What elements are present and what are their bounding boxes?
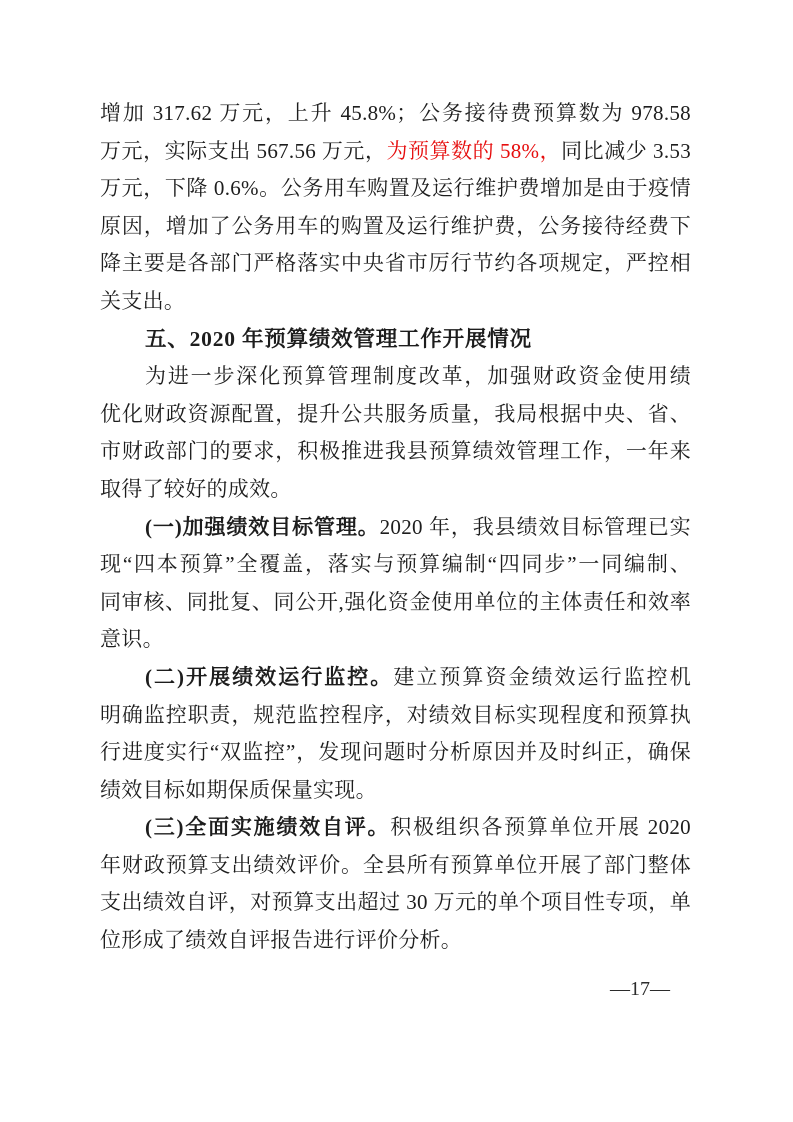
text-segment: 万元，下降 0.6%。公务用车购置及运行维护费增加是由于疫情 (100, 176, 691, 200)
body-line: 万元，实际支出 567.56 万元，为预算数的 58%，同比减少 3.53 (100, 133, 691, 171)
body-line: 明确监控职责，规范监控程序，对绩效目标实现程度和预算执 (100, 697, 691, 735)
body-line: 万元，下降 0.6%。公务用车购置及运行维护费增加是由于疫情 (100, 170, 691, 208)
text-segment: 优化财政资源配置，提升公共服务质量，我局根据中央、省、 (100, 402, 691, 426)
text-segment: 同比减少 3.53 (561, 139, 691, 163)
body-line: 现“四本预算”全覆盖，落实与预算编制“四同步”一同编制、 (100, 546, 691, 584)
text-segment: 积极组织各预算单位开展 2020 (390, 815, 691, 839)
text-segment: (一)加强绩效目标管理。 (145, 515, 380, 539)
body-line: 意识。 (100, 621, 691, 659)
text-segment: 同审核、同批复、同公开,强化资金使用单位的主体责任和效率 (100, 590, 691, 614)
text-segment: 万元，实际支出 567.56 万元， (100, 139, 386, 163)
body-line: 行进度实行“双监控”，发现问题时分析原因并及时纠正，确保 (100, 734, 691, 772)
body-line: (一)加强绩效目标管理。2020 年，我县绩效目标管理已实 (100, 509, 691, 547)
section-heading: 五、2020 年预算绩效管理工作开展情况 (100, 321, 691, 359)
body-line: 位形成了绩效自评报告进行评价分析。 (100, 922, 691, 960)
body-line: 原因，增加了公务用车的购置及运行维护费，公务接待经费下 (100, 208, 691, 246)
text-segment: 为进一步深化预算管理制度改革，加强财政资金使用绩效， (145, 364, 691, 396)
body-line: 优化财政资源配置，提升公共服务质量，我局根据中央、省、 (100, 396, 691, 434)
text-segment: 意识。 (100, 627, 164, 651)
body-line: 为进一步深化预算管理制度改革，加强财政资金使用绩效， (100, 358, 691, 396)
text-segment: 2020 年，我县绩效目标管理已实 (380, 515, 691, 539)
text-segment: 五、2020 年预算绩效管理工作开展情况 (145, 327, 532, 351)
red-highlight-text: 为预算数的 58%， (386, 139, 561, 163)
text-segment: 绩效目标如期保质保量实现。 (100, 778, 377, 802)
body-text: 增加 317.62 万元，上升 45.8%；公务接待费预算数为 978.58万元… (100, 95, 691, 960)
text-segment: 明确监控职责，规范监控程序，对绩效目标实现程度和预算执 (100, 703, 691, 727)
text-segment: 支出绩效自评，对预算支出超过 30 万元的单个项目性专项，单 (100, 890, 691, 914)
text-segment: (二)开展绩效运行监控。 (145, 665, 393, 689)
text-segment: 增加 317.62 万元，上升 45.8%；公务接待费预算数为 978.58 (100, 101, 691, 125)
text-segment: 降主要是各部门严格落实中央省市厉行节约各项规定，严控相 (100, 251, 691, 275)
text-segment: 取得了较好的成效。 (100, 477, 292, 501)
text-segment: (三)全面实施绩效自评。 (145, 815, 390, 839)
body-line: 取得了较好的成效。 (100, 471, 691, 509)
text-segment: 年财政预算支出绩效评价。全县所有预算单位开展了部门整体 (100, 853, 691, 877)
body-line: 支出绩效自评，对预算支出超过 30 万元的单个项目性专项，单 (100, 884, 691, 922)
text-segment: 行进度实行“双监控”，发现问题时分析原因并及时纠正，确保 (100, 740, 691, 764)
text-segment: 关支出。 (100, 289, 185, 313)
page-number: —17— (575, 976, 705, 1002)
body-line: 降主要是各部门严格落实中央省市厉行节约各项规定，严控相 (100, 245, 691, 283)
body-line: 关支出。 (100, 283, 691, 321)
text-segment: 位形成了绩效自评报告进行评价分析。 (100, 928, 462, 952)
body-line: (二)开展绩效运行监控。建立预算资金绩效运行监控机制， (100, 659, 691, 697)
body-line: (三)全面实施绩效自评。积极组织各预算单位开展 2020 (100, 809, 691, 847)
body-line: 绩效目标如期保质保量实现。 (100, 772, 691, 810)
text-segment: 市财政部门的要求，积极推进我县预算绩效管理工作，一年来 (100, 439, 691, 463)
body-line: 市财政部门的要求，积极推进我县预算绩效管理工作，一年来 (100, 433, 691, 471)
body-line: 同审核、同批复、同公开,强化资金使用单位的主体责任和效率 (100, 584, 691, 622)
text-segment: 原因，增加了公务用车的购置及运行维护费，公务接待经费下 (100, 214, 691, 238)
text-segment: 现“四本预算”全覆盖，落实与预算编制“四同步”一同编制、 (100, 552, 691, 576)
document-page: 增加 317.62 万元，上升 45.8%；公务接待费预算数为 978.58万元… (0, 0, 793, 1122)
body-line: 年财政预算支出绩效评价。全县所有预算单位开展了部门整体 (100, 847, 691, 885)
body-line: 增加 317.62 万元，上升 45.8%；公务接待费预算数为 978.58 (100, 95, 691, 133)
